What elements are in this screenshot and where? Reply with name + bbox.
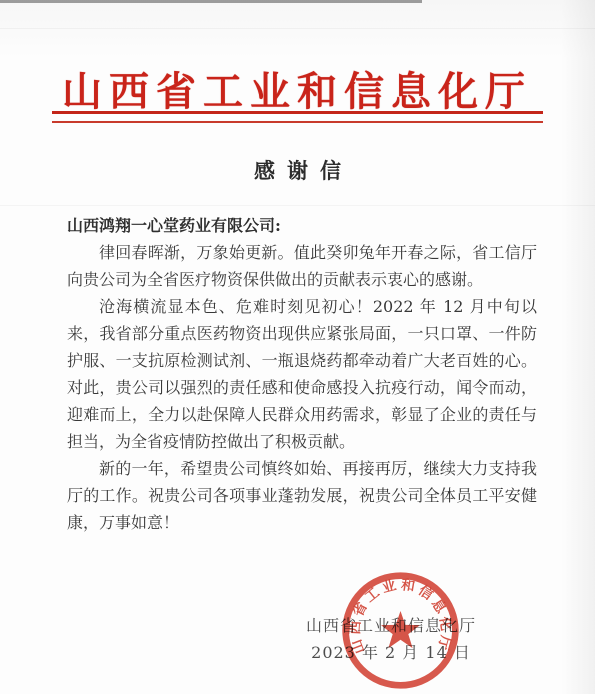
body-paragraph: 律回春晖渐，万象始更新。值此癸卯兔年开春之际，省工信厅向贵公司为全省医疗物资保供… <box>67 239 537 293</box>
body-paragraph: 沧海横流显本色、危难时刻见初心！2022 年 12 月中旬以来，我省部分重点医药… <box>67 293 537 455</box>
letter-body: 山西鸿翔一心堂药业有限公司: 律回春晖渐，万象始更新。值此癸卯兔年开春之际，省工… <box>67 212 537 536</box>
scan-shading-top <box>0 0 595 58</box>
scan-streak <box>0 205 595 206</box>
scan-artifact-line <box>0 0 422 3</box>
letterhead-org-name: 山西省工业和信息化厅 <box>0 60 587 117</box>
recipient-line: 山西鸿翔一心堂药业有限公司: <box>67 212 537 239</box>
letterhead-divider <box>52 111 543 123</box>
scan-streak <box>0 28 595 29</box>
body-paragraph: 新的一年，希望贵公司慎终如始、再接再厉，继续大力支持我厅的工作。祝贵公司各项事业… <box>67 455 537 536</box>
official-seal-stamp: 山西省工业和信息化厅 <box>339 569 462 692</box>
letter-title: 感谢信 <box>0 155 595 185</box>
letter-page: 山西省工业和信息化厅 感谢信 山西鸿翔一心堂药业有限公司: 律回春晖渐，万象始更… <box>0 0 595 694</box>
seal-star-icon <box>381 611 420 648</box>
